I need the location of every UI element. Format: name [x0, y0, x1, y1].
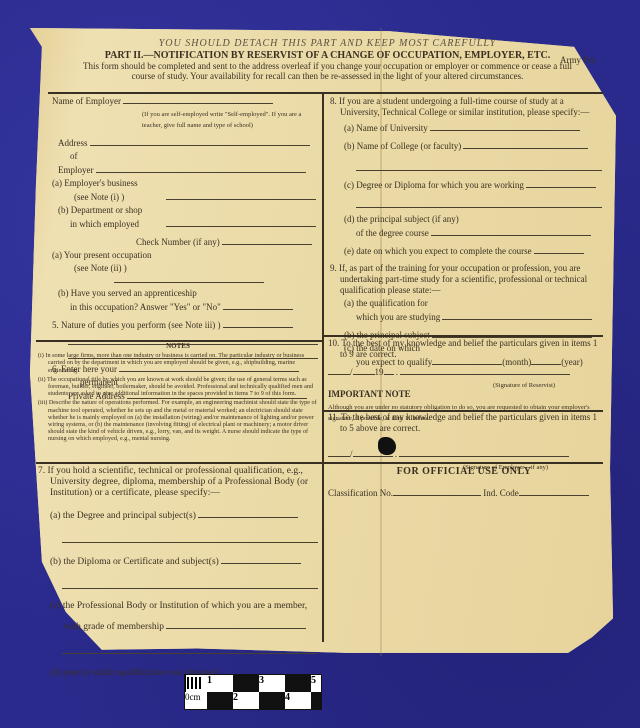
employer-label: Employer — [58, 165, 94, 175]
scale-label-3: 3 — [259, 675, 285, 692]
q10-year-prefix: 19 — [375, 367, 384, 377]
employer-address-field-1[interactable] — [90, 137, 310, 146]
degree-working-field-2[interactable] — [356, 197, 602, 208]
completion-date-label: (e) date on which you expect to complete… — [344, 246, 532, 256]
q10-text: 10. To the best of my knowledge and beli… — [340, 338, 600, 360]
header-rule — [48, 92, 603, 94]
apprenticeship-label: (b) Have you served an apprenticeship — [58, 288, 197, 298]
scale-label-2: 2 — [233, 692, 259, 709]
q11-text: 11. To the best of my knowledge and beli… — [340, 412, 600, 434]
membership-grade-label: with grade of membership — [64, 622, 164, 632]
q10-month-field[interactable] — [353, 366, 375, 375]
official-use-title: FOR OFFICIAL USE ONLY — [328, 466, 600, 477]
scale-block — [311, 692, 321, 709]
studying-label-2: which you are studying — [356, 312, 440, 322]
department-label-2: in which employed — [70, 219, 139, 229]
q10-day-field[interactable] — [328, 366, 350, 375]
q7-rule — [36, 462, 323, 464]
employer-name-field[interactable] — [123, 95, 273, 104]
duties-label: 5. Nature of duties you perform (see Not… — [52, 320, 220, 330]
diploma-field-2[interactable] — [62, 578, 318, 589]
scale-block — [285, 675, 311, 692]
q10-year-field[interactable] — [384, 366, 394, 375]
q7a-label: (a) the Degree and principal subject(s) — [50, 511, 196, 521]
notes-section: NOTES (i) In some large firms, more than… — [38, 343, 318, 445]
ink-stain — [378, 437, 396, 455]
scale-block — [233, 675, 259, 692]
studying-qualification-label: (a) the qualification for — [344, 298, 602, 309]
principal-subject-label: (d) the principal subject (if any) — [344, 214, 602, 225]
note-iii: (iii) Describe the nature of operations … — [48, 399, 318, 442]
employer-business-label: (a) Employer's business — [52, 178, 138, 188]
right-column: 8. If you are a student undergoing a ful… — [330, 96, 602, 370]
duties-field-1[interactable] — [223, 319, 293, 328]
note-i-ref: (see Note (i) ) — [74, 192, 124, 202]
college-field-2[interactable] — [356, 160, 602, 171]
address-of-label: of — [70, 151, 318, 162]
form-header: YOU SHOULD DETACH THIS PART AND KEEP MOS… — [40, 38, 615, 81]
q7b-label: (b) the Diploma or Certificate and subje… — [50, 557, 219, 567]
occupation-label: (a) Your present occupation — [52, 250, 151, 260]
employer-name-hint: (If you are self-employed write "Self-em… — [142, 109, 318, 131]
scale-label-1: 1 — [207, 675, 233, 692]
university-label: (a) Name of University — [344, 123, 428, 133]
degree-field[interactable] — [198, 509, 298, 518]
principal-subject-field[interactable] — [431, 227, 591, 236]
degree-working-field[interactable] — [526, 179, 596, 188]
check-number-label: Check Number (if any) — [136, 237, 220, 247]
department-label: (b) Department or shop — [58, 205, 142, 215]
column-divider — [322, 92, 324, 642]
q10-rule — [323, 335, 603, 337]
employer-signature-field[interactable] — [399, 448, 569, 457]
ind-code-label: Ind. Code — [483, 488, 519, 498]
q7-section: 7. If you hold a scientific, technical o… — [38, 466, 318, 681]
studying-qualification-field[interactable] — [442, 311, 592, 320]
college-label: (b) Name of College (or faculty) — [344, 141, 461, 151]
detach-note: YOU SHOULD DETACH THIS PART AND KEEP MOS… — [40, 38, 615, 49]
official-rule — [323, 462, 603, 464]
note-ii-ref: (see Note (ii) ) — [74, 263, 127, 273]
important-note-title: IMPORTANT NOTE — [328, 389, 600, 400]
degree-course-label: of the degree course — [356, 228, 429, 238]
q7c-label: (c) the Professional Body or Institution… — [50, 601, 318, 612]
employer-business-field[interactable] — [166, 191, 316, 200]
degree-field-2[interactable] — [62, 532, 318, 543]
university-field[interactable] — [430, 122, 580, 131]
scale-block — [259, 692, 285, 709]
classification-label: Classification No. — [328, 488, 393, 498]
form-title: PART II.—NOTIFICATION BY RESERVIST OF A … — [40, 50, 615, 61]
note-ii: (ii) The occupational title by which you… — [48, 376, 318, 398]
scale-label-5: 5 — [311, 675, 321, 692]
scale-block — [207, 692, 233, 709]
scale-bar: 1 3 5 0cm 2 4 — [184, 674, 322, 710]
instruction-line-1: This form should be completed and sent t… — [40, 61, 615, 71]
reservist-signature-field[interactable] — [400, 366, 570, 375]
instruction-line-2: course of study. Your availability for r… — [40, 71, 615, 81]
employer-address-field-2[interactable] — [96, 164, 306, 173]
q7-intro: 7. If you hold a scientific, technical o… — [50, 466, 318, 499]
college-field[interactable] — [463, 140, 588, 149]
degree-working-label: (c) Degree or Diploma for which you are … — [344, 180, 524, 190]
diploma-field[interactable] — [221, 555, 301, 564]
scale-label-4: 4 — [285, 692, 311, 709]
official-section: FOR OFFICIAL USE ONLY Classification No.… — [328, 466, 600, 501]
employer-name-label: Name of Employer — [52, 96, 121, 106]
classification-field[interactable] — [393, 487, 481, 496]
q11-day-field[interactable] — [328, 448, 350, 457]
scale-label-0: 0cm — [185, 692, 207, 709]
q8-intro: 8. If you are a student undergoing a ful… — [340, 96, 602, 118]
army-form-label: Army For — [560, 55, 596, 65]
check-number-field[interactable] — [222, 236, 312, 245]
completion-date-field[interactable] — [534, 245, 584, 254]
note-i: (i) In some large firms, more than one i… — [48, 352, 318, 374]
q9-intro: 9. If, as part of the training for your … — [340, 263, 602, 296]
apprenticeship-field[interactable] — [223, 301, 293, 310]
ind-code-field[interactable] — [519, 487, 589, 496]
membership-field[interactable] — [166, 620, 306, 629]
department-field[interactable] — [166, 218, 316, 227]
occupation-field[interactable] — [114, 274, 264, 283]
membership-field-2[interactable] — [62, 643, 318, 654]
address-label: Address — [58, 138, 88, 148]
apprenticeship-label-2: in this occupation? Answer "Yes" or "No" — [70, 302, 221, 312]
notes-title: NOTES — [38, 343, 318, 350]
